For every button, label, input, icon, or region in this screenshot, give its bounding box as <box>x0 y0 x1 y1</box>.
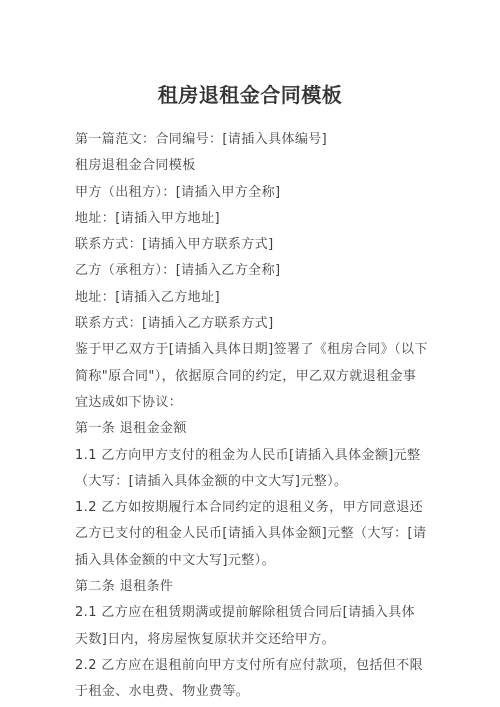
document-paragraph: 第二条 退租条件 <box>75 574 428 600</box>
document-paragraph: 乙方（承租方）：[请插入乙方全称] <box>75 258 428 284</box>
document-paragraph: 联系方式：[请插入甲方联系方式] <box>75 232 428 258</box>
document-paragraph: 联系方式：[请插入乙方联系方式] <box>75 311 428 337</box>
document-paragraph: 地址：[请插入乙方地址] <box>75 285 428 311</box>
document-paragraph: 2.2 乙方应在退租前向甲方支付所有应付款项，包括但不限于租金、水电费、物业费等… <box>75 653 428 706</box>
document-paragraph: 1.1 乙方向甲方支付的租金为人民币[请插入具体金额]元整（大写：[请插入具体金… <box>75 443 428 496</box>
document-paragraph: 第一条 退租金金额 <box>75 416 428 442</box>
document-paragraph: 鉴于甲乙双方于[请插入具体日期]签署了《租房合同》（以下简称"原合同"），依据原… <box>75 337 428 416</box>
document-title: 租房退租金合同模板 <box>0 83 500 107</box>
document-paragraph: 第一篇范文：合同编号：[请插入具体编号] <box>75 127 428 153</box>
document-body: 第一篇范文：合同编号：[请插入具体编号]租房退租金合同模板甲方（出租方）：[请插… <box>75 127 428 706</box>
document-paragraph: 2.1 乙方应在租赁期满或提前解除租赁合同后[请插入具体天数]日内，将房屋恢复原… <box>75 600 428 653</box>
document-page: 租房退租金合同模板 第一篇范文：合同编号：[请插入具体编号]租房退租金合同模板甲… <box>0 0 500 707</box>
document-paragraph: 甲方（出租方）：[请插入甲方全称] <box>75 180 428 206</box>
document-paragraph: 地址：[请插入甲方地址] <box>75 206 428 232</box>
document-paragraph: 1.2 乙方如按期履行本合同约定的退租义务，甲方同意退还乙方已支付的租金人民币[… <box>75 495 428 574</box>
document-paragraph: 租房退租金合同模板 <box>75 153 428 179</box>
